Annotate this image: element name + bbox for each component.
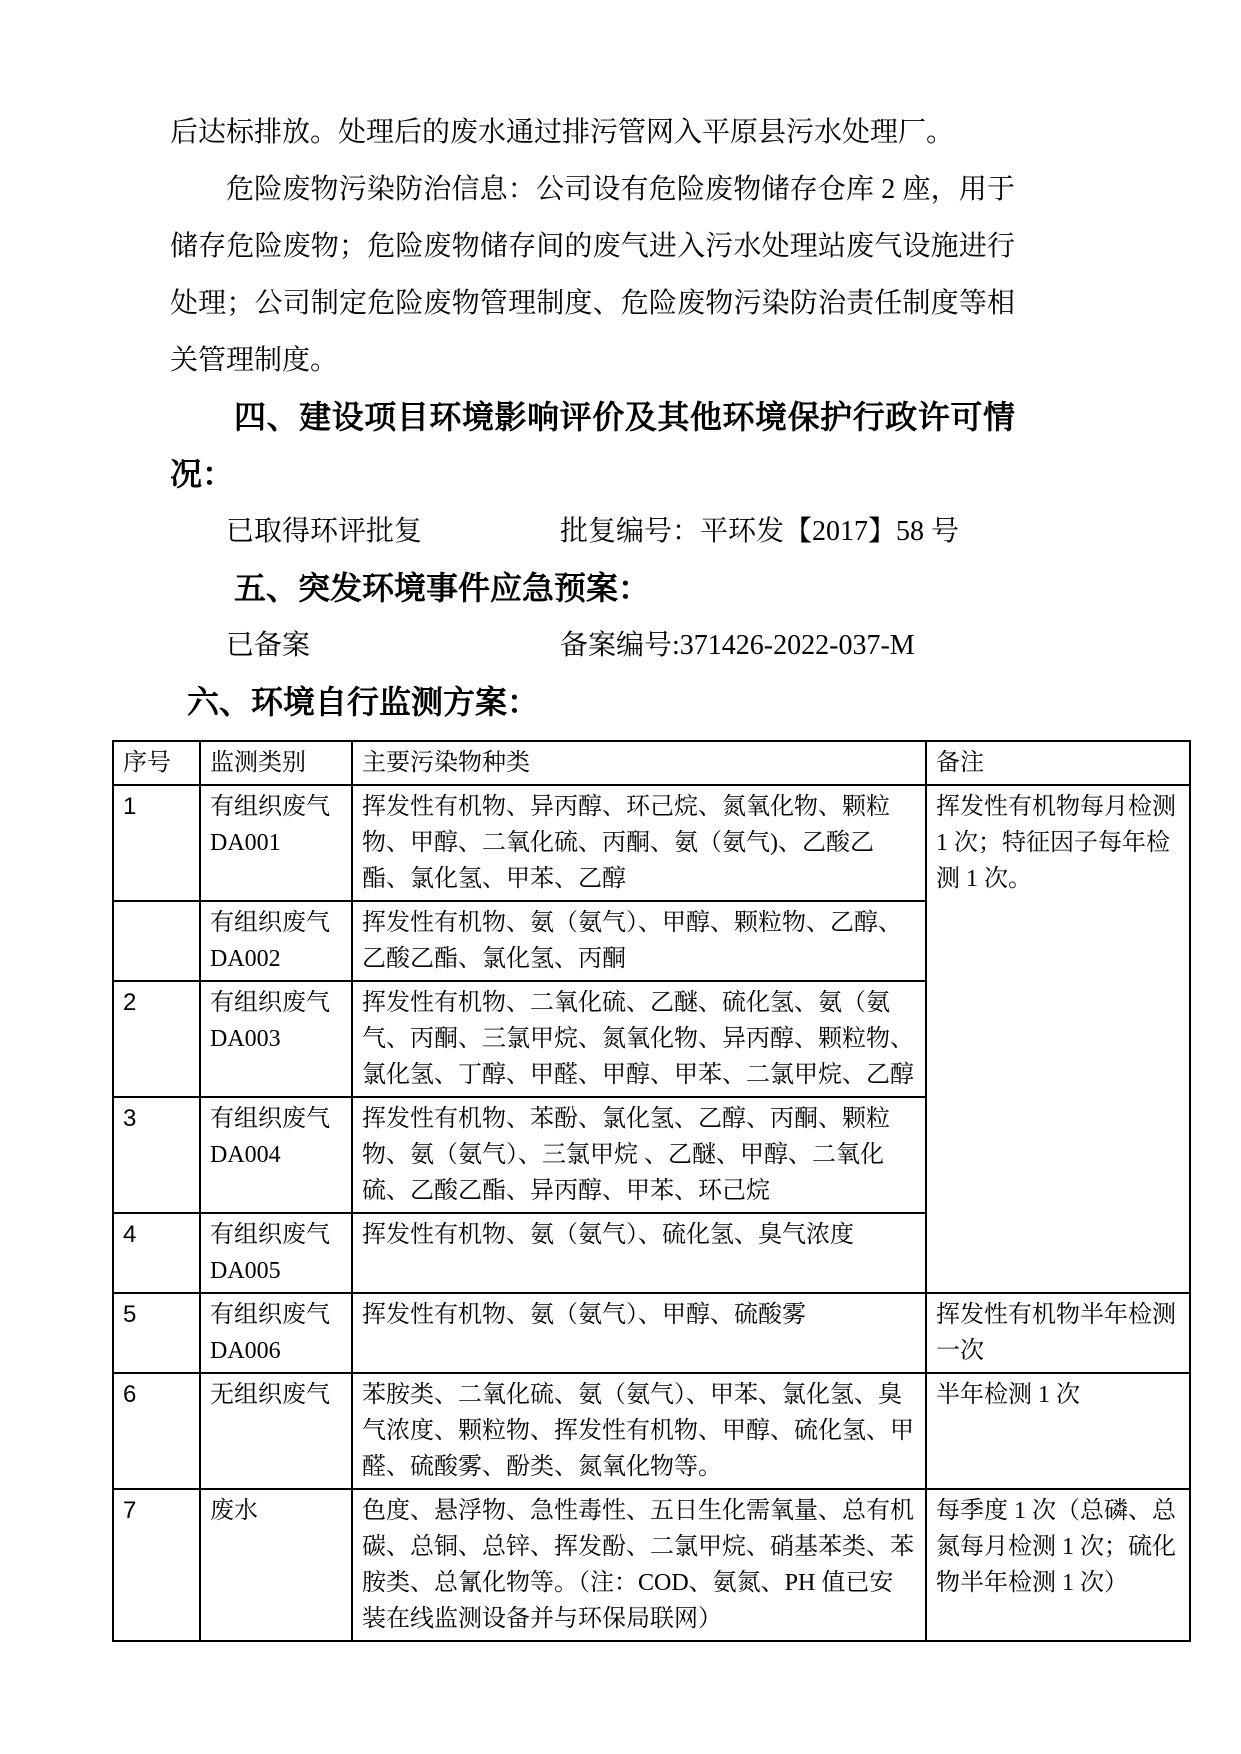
outlet-code: DA002 [210, 941, 342, 977]
row-seq [113, 901, 200, 981]
row-category: 有组织废气DA004 [200, 1097, 352, 1213]
row-pollutants: 挥发性有机物、异丙醇、环己烷、氮氧化物、颗粒物、甲醇、二氧化硫、丙酮、氨（氨气)… [352, 785, 926, 901]
section5-status-line: 已备案备案编号:371426-2022-037-M [170, 617, 1015, 674]
row-pollutants: 挥发性有机物、氨（氨气）、甲醇、颗粒物、乙醇、乙酸乙酯、氯化氢、丙酮 [352, 901, 926, 981]
section5-heading: 五、突发环境事件应急预案： [170, 560, 1015, 617]
row-category: 有组织废气DA002 [200, 901, 352, 981]
header-remark: 备注 [926, 741, 1190, 785]
row-seq: 7 [113, 1489, 200, 1641]
hazardous-waste-paragraph: 危险废物污染防治信息：公司设有危险废物储存仓库 2 座，用于储存危险废物；危险废… [170, 161, 1015, 389]
outlet-code: DA004 [210, 1137, 342, 1173]
row-category: 废水 [200, 1489, 352, 1641]
table-row: 6无组织废气苯胺类、二氧化硫、氨（氨气）、甲苯、氯化氢、臭气浓度、颗粒物、挥发性… [113, 1373, 1190, 1489]
row-seq: 4 [113, 1213, 200, 1293]
row-remark: 挥发性有机物半年检测一次 [926, 1293, 1190, 1373]
table-row: 7废水色度、悬浮物、急性毒性、五日生化需氧量、总有机碳、总铜、总锌、挥发酚、二氯… [113, 1489, 1190, 1641]
outlet-code: DA001 [210, 825, 342, 861]
monitoring-table: 序号 监测类别 主要污染物种类 备注 1有组织废气DA001挥发性有机物、异丙醇… [112, 740, 1191, 1642]
eia-approval-status: 已取得环评批复 [226, 516, 422, 547]
row-remark: 每季度 1 次（总磷、总氮每月检测 1 次；硫化物半年检测 1 次） [926, 1489, 1190, 1641]
row-pollutants: 挥发性有机物、氨（氨气）、甲醇、硫酸雾 [352, 1293, 926, 1373]
row-pollutants: 挥发性有机物、苯酚、氯化氢、乙醇、丙酮、颗粒物、氨（氨气）、三氯甲烷 、乙醚、甲… [352, 1097, 926, 1213]
row-seq: 3 [113, 1097, 200, 1213]
row-remark: 挥发性有机物每月检测 1 次；特征因子每年检测 1 次。 [926, 785, 1190, 1293]
outlet-code: DA006 [210, 1333, 342, 1369]
section4-status-line: 已取得环评批复批复编号：平环发【2017】58 号 [170, 503, 1015, 560]
row-seq: 2 [113, 981, 200, 1097]
category-label: 有组织废气 [210, 985, 342, 1021]
row-pollutants: 挥发性有机物、二氧化硫、乙醚、硫化氢、氨（氨气、丙酮、三氯甲烷、氮氧化物、异丙醇… [352, 981, 926, 1097]
category-label: 有组织废气 [210, 789, 342, 825]
header-category: 监测类别 [200, 741, 352, 785]
row-category: 有组织废气DA003 [200, 981, 352, 1097]
section4-heading: 四、建设项目环境影响评价及其他环境保护行政许可情况： [170, 389, 1015, 503]
row-seq: 6 [113, 1373, 200, 1489]
table-row: 1有组织废气DA001挥发性有机物、异丙醇、环己烷、氮氧化物、颗粒物、甲醇、二氧… [113, 785, 1190, 901]
row-category: 有组织废气DA006 [200, 1293, 352, 1373]
row-pollutants: 色度、悬浮物、急性毒性、五日生化需氧量、总有机碳、总铜、总锌、挥发酚、二氯甲烷、… [352, 1489, 926, 1641]
outlet-code: DA005 [210, 1253, 342, 1289]
document-page: 后达标排放。处理后的废水通过排污管网入平原县污水处理厂。 危险废物污染防治信息：… [0, 0, 1015, 1642]
section6-heading: 六、环境自行监测方案： [170, 674, 1015, 731]
category-label: 有组织废气 [210, 1101, 342, 1137]
row-seq: 1 [113, 785, 200, 901]
monitoring-table-body: 1有组织废气DA001挥发性有机物、异丙醇、环己烷、氮氧化物、颗粒物、甲醇、二氧… [113, 785, 1190, 1641]
category-label: 有组织废气 [210, 1297, 342, 1333]
emergency-plan-status: 已备案 [226, 630, 310, 661]
row-pollutants: 挥发性有机物、氨（氨气）、硫化氢、臭气浓度 [352, 1213, 926, 1293]
table-row: 5有组织废气DA006挥发性有机物、氨（氨气）、甲醇、硫酸雾挥发性有机物半年检测… [113, 1293, 1190, 1373]
table-header-row: 序号 监测类别 主要污染物种类 备注 [113, 741, 1190, 785]
row-category: 有组织废气DA001 [200, 785, 352, 901]
row-seq: 5 [113, 1293, 200, 1373]
intro-line: 后达标排放。处理后的废水通过排污管网入平原县污水处理厂。 [170, 104, 1015, 161]
monitoring-table-wrap: 序号 监测类别 主要污染物种类 备注 1有组织废气DA001挥发性有机物、异丙醇… [112, 740, 1015, 1642]
row-category: 无组织废气 [200, 1373, 352, 1489]
row-pollutants: 苯胺类、二氧化硫、氨（氨气）、甲苯、氯化氢、臭气浓度、颗粒物、挥发性有机物、甲醇… [352, 1373, 926, 1489]
outlet-code: DA003 [210, 1021, 342, 1057]
eia-approval-number: 批复编号：平环发【2017】58 号 [560, 516, 959, 547]
category-label: 废水 [210, 1493, 342, 1529]
emergency-plan-number: 备案编号:371426-2022-037-M [560, 630, 915, 661]
category-label: 有组织废气 [210, 1217, 342, 1253]
row-category: 有组织废气DA005 [200, 1213, 352, 1293]
category-label: 有组织废气 [210, 905, 342, 941]
row-remark: 半年检测 1 次 [926, 1373, 1190, 1489]
category-label: 无组织废气 [210, 1377, 342, 1413]
header-seq: 序号 [113, 741, 200, 785]
header-pollutants: 主要污染物种类 [352, 741, 926, 785]
